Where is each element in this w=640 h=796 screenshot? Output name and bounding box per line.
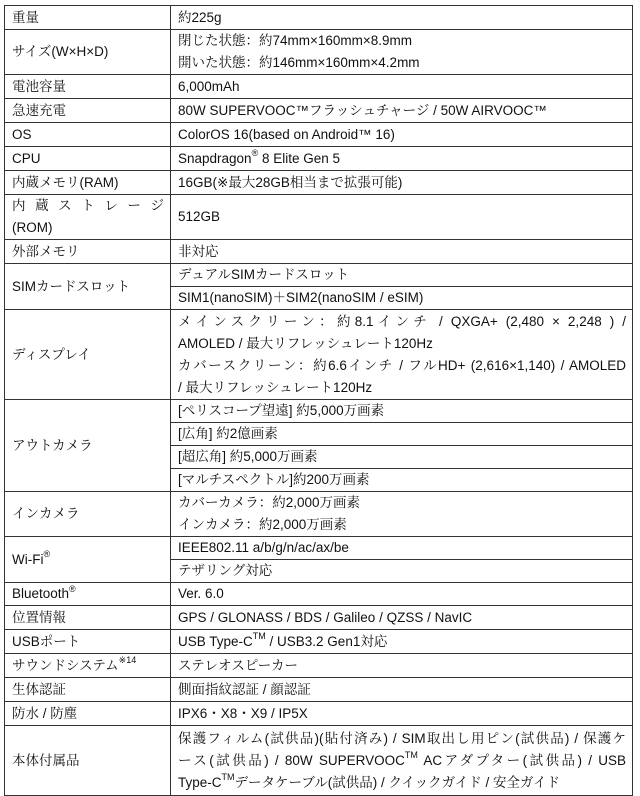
spec-value: カバーカメラ：約2,000万画素 インカメラ：約2,000万画素 bbox=[171, 492, 633, 537]
spec-row-accessories: 本体付属品 保護フィルム(試供品)(貼付済み) / SIM取出し用ピン(試供品)… bbox=[5, 726, 633, 796]
spec-value: ステレオスピーカー bbox=[171, 654, 633, 678]
spec-label: サウンドシステム※14 bbox=[5, 654, 171, 678]
spec-value-line: カバースクリーン：約6.6インチ / フルHD+ (2,616×1,140) /… bbox=[178, 355, 626, 377]
spec-row-external-memory: 外部メモリ 非対応 bbox=[5, 240, 633, 264]
spec-value-line: 保護フィルム(試供品)(貼付済み) / SIM取出し用ピン(試供品) / 保護ケ bbox=[178, 728, 626, 750]
spec-value: IEEE802.11 a/b/g/n/ac/ax/be bbox=[171, 537, 633, 560]
spec-value: USB Type-CTM / USB3.2 Gen1対応 bbox=[171, 630, 633, 654]
spec-value-line: Type-CTMデータケーブル(試供品) / クイックガイド / 安全ガイド bbox=[178, 772, 626, 794]
spec-label-text: Wi-Fi bbox=[12, 552, 43, 567]
spec-label: 内 蔵 ス ト レ ー ジ (ROM) bbox=[5, 195, 171, 240]
spec-row-sim: SIMカードスロット デュアルSIMカードスロット bbox=[5, 264, 633, 287]
spec-row-rom: 内 蔵 ス ト レ ー ジ (ROM) 512GB bbox=[5, 195, 633, 240]
spec-value: [広角] 約2億画素 bbox=[171, 423, 633, 446]
spec-value: 80W SUPERVOOC™フラッシュチャージ / 50W AIRVOOC™ bbox=[171, 99, 633, 123]
spec-label: Wi-Fi® bbox=[5, 537, 171, 583]
registered-mark: ® bbox=[252, 148, 259, 158]
spec-value: 6,000mAh bbox=[171, 75, 633, 99]
spec-table: 重量 約225g サイズ(W×H×D) 閉じた状態：約74mm×160mm×8.… bbox=[4, 5, 633, 796]
spec-label: 防水 / 防塵 bbox=[5, 702, 171, 726]
spec-value: 閉じた状態：約74mm×160mm×8.9mm 開いた状態：約146mm×160… bbox=[171, 30, 633, 75]
spec-row-bluetooth: Bluetooth® Ver. 6.0 bbox=[5, 583, 633, 606]
spec-row-battery: 電池容量 6,000mAh bbox=[5, 75, 633, 99]
spec-value: Ver. 6.0 bbox=[171, 583, 633, 606]
spec-label-line: 内 蔵 ス ト レ ー ジ bbox=[12, 195, 164, 217]
spec-label: アウトカメラ bbox=[5, 400, 171, 492]
spec-value: 側面指紋認証 / 顔認証 bbox=[171, 678, 633, 702]
spec-value: GPS / GLONASS / BDS / Galileo / QZSS / N… bbox=[171, 606, 633, 630]
spec-label: 本体付属品 bbox=[5, 726, 171, 796]
spec-row-location: 位置情報 GPS / GLONASS / BDS / Galileo / QZS… bbox=[5, 606, 633, 630]
spec-value-text: Snapdragon bbox=[178, 151, 252, 166]
spec-label: ディスプレイ bbox=[5, 310, 171, 400]
spec-label: 位置情報 bbox=[5, 606, 171, 630]
spec-row-wifi: Wi-Fi® IEEE802.11 a/b/g/n/ac/ax/be bbox=[5, 537, 633, 560]
spec-label-text: サウンドシステム bbox=[12, 658, 119, 673]
trademark-mark: TM bbox=[405, 750, 418, 760]
spec-row-os: OS ColorOS 16(based on Android™ 16) bbox=[5, 123, 633, 147]
spec-value: [ペリスコープ望遠] 約5,000万画素 bbox=[171, 400, 633, 423]
spec-value: 保護フィルム(試供品)(貼付済み) / SIM取出し用ピン(試供品) / 保護ケ… bbox=[171, 726, 633, 796]
spec-label: CPU bbox=[5, 147, 171, 171]
spec-value: [マルチスペクトル]約200万画素 bbox=[171, 469, 633, 492]
spec-value-text: 8 Elite Gen 5 bbox=[258, 151, 340, 166]
registered-mark: ® bbox=[69, 584, 76, 594]
spec-row-ram: 内蔵メモリ(RAM) 16GB(※最大28GB相当まで拡張可能) bbox=[5, 171, 633, 195]
spec-label: Bluetooth® bbox=[5, 583, 171, 606]
spec-row-weight: 重量 約225g bbox=[5, 6, 633, 30]
spec-label: 急速充電 bbox=[5, 99, 171, 123]
spec-label: 電池容量 bbox=[5, 75, 171, 99]
spec-value-text: ACアダプター(試供品) / USB bbox=[418, 753, 626, 768]
spec-label: SIMカードスロット bbox=[5, 264, 171, 310]
spec-row-rear-camera: アウトカメラ [ペリスコープ望遠] 約5,000万画素 bbox=[5, 400, 633, 423]
trademark-mark: TM bbox=[222, 772, 235, 782]
spec-label-text: Bluetooth bbox=[12, 586, 69, 601]
spec-value: Snapdragon® 8 Elite Gen 5 bbox=[171, 147, 633, 171]
spec-value-text: データケーブル(試供品) / クイックガイド / 安全ガイド bbox=[235, 775, 561, 790]
spec-row-front-camera: インカメラ カバーカメラ：約2,000万画素 インカメラ：約2,000万画素 bbox=[5, 492, 633, 537]
spec-value-line: ース(試供品) / 80W SUPERVOOCTM ACアダプター(試供品) /… bbox=[178, 750, 626, 772]
spec-value: 512GB bbox=[171, 195, 633, 240]
spec-label: OS bbox=[5, 123, 171, 147]
spec-label: サイズ(W×H×D) bbox=[5, 30, 171, 75]
spec-label: 生体認証 bbox=[5, 678, 171, 702]
spec-row-sound: サウンドシステム※14 ステレオスピーカー bbox=[5, 654, 633, 678]
spec-row-usb: USBポート USB Type-CTM / USB3.2 Gen1対応 bbox=[5, 630, 633, 654]
spec-value-line: AMOLED / 最大リフレッシュレート120Hz bbox=[178, 333, 626, 355]
spec-value-line: / 最大リフレッシュレート120Hz bbox=[178, 377, 626, 399]
spec-value: 16GB(※最大28GB相当まで拡張可能) bbox=[171, 171, 633, 195]
spec-row-cpu: CPU Snapdragon® 8 Elite Gen 5 bbox=[5, 147, 633, 171]
spec-value-text: / USB3.2 Gen1対応 bbox=[266, 634, 388, 649]
spec-value-line: カバーカメラ：約2,000万画素 bbox=[178, 492, 626, 514]
footnote-mark: ※14 bbox=[119, 655, 137, 665]
spec-value: 約225g bbox=[171, 6, 633, 30]
spec-value-line: 閉じた状態：約74mm×160mm×8.9mm bbox=[178, 30, 626, 52]
spec-row-fast-charge: 急速充電 80W SUPERVOOC™フラッシュチャージ / 50W AIRVO… bbox=[5, 99, 633, 123]
spec-label: 重量 bbox=[5, 6, 171, 30]
trademark-mark: TM bbox=[253, 631, 266, 641]
spec-value: テザリング対応 bbox=[171, 560, 633, 583]
spec-value-line: 開いた状態：約146mm×160mm×4.2mm bbox=[178, 52, 626, 74]
spec-label: USBポート bbox=[5, 630, 171, 654]
spec-value: ColorOS 16(based on Android™ 16) bbox=[171, 123, 633, 147]
spec-value-text: ース(試供品) / 80W SUPERVOOC bbox=[178, 753, 405, 768]
spec-row-biometrics: 生体認証 側面指紋認証 / 顔認証 bbox=[5, 678, 633, 702]
spec-value-line: メインスクリーン：約8.1インチ / QXGA+ (2,480 × 2,248 … bbox=[178, 311, 626, 333]
spec-value: [超広角] 約5,000万画素 bbox=[171, 446, 633, 469]
spec-value: SIM1(nanoSIM)＋SIM2(nanoSIM / eSIM) bbox=[171, 287, 633, 310]
spec-value-text: USB Type-C bbox=[178, 634, 253, 649]
spec-value: メインスクリーン：約8.1インチ / QXGA+ (2,480 × 2,248 … bbox=[171, 310, 633, 400]
spec-value-text: Type-C bbox=[178, 775, 222, 790]
registered-mark: ® bbox=[43, 549, 50, 559]
spec-value: 非対応 bbox=[171, 240, 633, 264]
spec-value: デュアルSIMカードスロット bbox=[171, 264, 633, 287]
spec-row-size: サイズ(W×H×D) 閉じた状態：約74mm×160mm×8.9mm 開いた状態… bbox=[5, 30, 633, 75]
spec-value: IPX6・X8・X9 / IP5X bbox=[171, 702, 633, 726]
spec-row-display: ディスプレイ メインスクリーン：約8.1インチ / QXGA+ (2,480 ×… bbox=[5, 310, 633, 400]
spec-label: 外部メモリ bbox=[5, 240, 171, 264]
spec-row-water-dust: 防水 / 防塵 IPX6・X8・X9 / IP5X bbox=[5, 702, 633, 726]
spec-value-line: インカメラ：約2,000万画素 bbox=[178, 514, 626, 536]
spec-label: インカメラ bbox=[5, 492, 171, 537]
spec-label: 内蔵メモリ(RAM) bbox=[5, 171, 171, 195]
spec-label-line: (ROM) bbox=[12, 217, 164, 239]
